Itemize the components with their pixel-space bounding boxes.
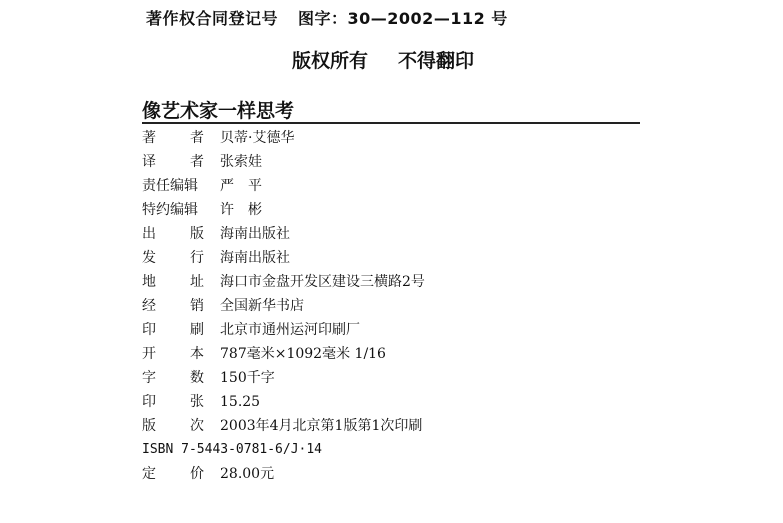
row-value: 全国新华书店 <box>220 294 304 318</box>
rights-notice: 版权所有不得翻印 <box>292 46 474 73</box>
row-value: 28.00元 <box>220 462 274 486</box>
row-value: 海南出版社 <box>220 246 290 270</box>
row-label: 译 <box>142 150 156 174</box>
rights-reserved: 版权所有 <box>292 50 368 72</box>
row-label: 责任编辑 <box>142 174 212 198</box>
row-value: 严 平 <box>220 174 262 198</box>
row-label: 本 <box>190 342 204 366</box>
copyright-registration: 著作权合同登记号图字：30—2002—112 号 <box>146 6 508 29</box>
registration-label: 著作权合同登记号 <box>146 9 278 28</box>
row-label: 行 <box>190 246 204 270</box>
row-label: 数 <box>190 366 204 390</box>
row-label: 次 <box>190 414 204 438</box>
row-value: 2003年4月北京第1版第1次印刷 <box>220 414 422 438</box>
no-reprint: 不得翻印 <box>398 50 474 72</box>
row-label: 开 <box>142 342 156 366</box>
row-label: 价 <box>190 462 204 486</box>
row-label: 发 <box>142 246 156 270</box>
row-value: 北京市通州运河印刷厂 <box>220 318 360 342</box>
row-label: 版 <box>142 414 156 438</box>
row-label: 者 <box>190 126 204 150</box>
row-value: 海口市金盘开发区建设三横路2号 <box>220 270 425 294</box>
row-label: 刷 <box>190 318 204 342</box>
row-label: 出 <box>142 222 156 246</box>
row-label: 地 <box>142 270 156 294</box>
row-label: 经 <box>142 294 156 318</box>
book-title: 像艺术家一样思考 <box>142 96 294 123</box>
title-rule-divider <box>142 122 640 124</box>
isbn-text: ISBN 7-5443-0781-6/J·14 <box>142 438 322 462</box>
row-value: 贝蒂·艾德华 <box>220 126 294 150</box>
row-label: 印 <box>142 318 156 342</box>
row-label: 定 <box>142 462 156 486</box>
row-label: 版 <box>190 222 204 246</box>
registration-number: 图字：30—2002—112 号 <box>298 9 508 28</box>
row-value: 许 彬 <box>220 198 262 222</box>
row-label: 址 <box>190 270 204 294</box>
row-label: 张 <box>190 390 204 414</box>
row-label: 特约编辑 <box>142 198 212 222</box>
row-value: 海南出版社 <box>220 222 290 246</box>
row-label: 字 <box>142 366 156 390</box>
row-label: 者 <box>190 150 204 174</box>
row-value: 张索娃 <box>220 150 262 174</box>
row-value: 150千字 <box>220 366 275 390</box>
row-value: 787毫米×1092毫米 1/16 <box>220 342 386 366</box>
row-label: 印 <box>142 390 156 414</box>
row-value: 15.25 <box>220 390 260 414</box>
row-label: 销 <box>190 294 204 318</box>
row-label: 著 <box>142 126 156 150</box>
